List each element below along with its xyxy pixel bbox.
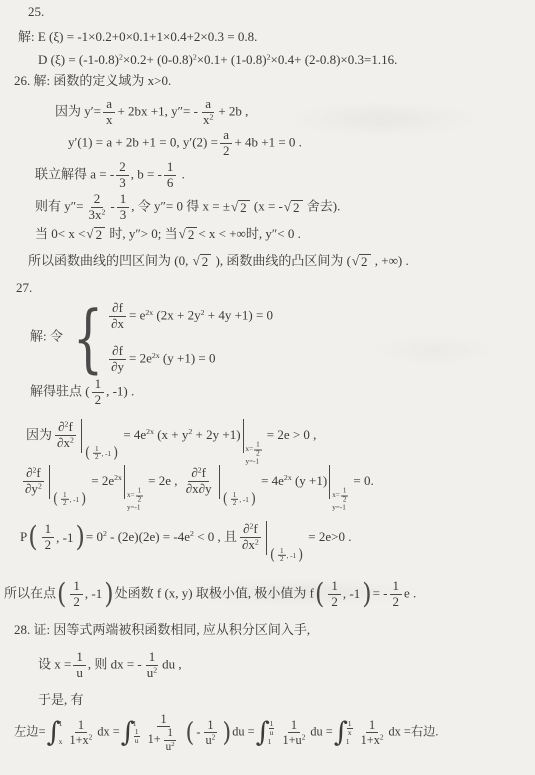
p26-concavity-conclusion-line: 所以函数曲线的凹区间为 (0, √2 ), 函数曲线的凸区间为 (√2 , +∞…: [28, 253, 409, 270]
p26-derivatives-line: 因为 y′=ax+ 2bx +1, y″= -ax2+ 2b ,: [55, 97, 248, 128]
p28-substitution-line: 设 x =1u, 则 dx = -1u2du ,: [38, 650, 182, 681]
p27-fxx-line: 因为∂2f∂x2(12, -1)= 4e2x (x + y2 + 2y +1)x…: [26, 419, 316, 453]
p28-integral-chain-line: 左边=∫1x11+x2dx =∫11u11+1u2(-1u2)du =∫1u11…: [14, 712, 439, 754]
scan-page: 25. 解: E (ξ) = -1×0.2+0×0.1+1×0.4+2×0.3 …: [0, 0, 535, 775]
p25-number: 25.: [28, 4, 44, 20]
p26-second-derivative-line: 则有 y″=23x2-13, 令 y″= 0 得 x = ±√2 (x = -√…: [35, 192, 340, 223]
scan-artifact: [290, 95, 520, 155]
p28-heading-proof-line: 28. 证: 因等式两端被积函数相同, 应从积分区间入手,: [14, 622, 310, 638]
p25-variance-line: D (ξ) = (-1-0.8)2×0.2+ (0-0.8)2×0.1+ (1-…: [38, 52, 397, 68]
p25-expectation-line: 解: E (ξ) = -1×0.2+0×0.1+1×0.4+2×0.3 = 0.…: [18, 29, 257, 45]
p27-discriminant-line: P(12, -1)= 02 - (2e)(2e) = -4e2 < 0 , 且∂…: [20, 521, 351, 555]
p26-heading-domain-line: 26. 解: 函数的定义域为 x>0.: [14, 73, 171, 89]
p27-equations-system: 解: 令{∂f∂x= e2x (2x + 2y2 + 4y +1) = 0∂f∂…: [30, 301, 273, 374]
p27-fyy-fxy-line: ∂2f∂y2(12, -1)= 2e2xx=12y=-1= 2e , ∂2f∂x…: [20, 465, 374, 499]
p28-then-line: 于是, 有: [38, 692, 84, 708]
scan-artifact: [360, 330, 510, 370]
p27-stationary-point-line: 解得驻点 (12, -1) .: [30, 377, 134, 408]
p26-boundary-conditions-line: y′(1) = a + 2b +1 = 0, y′(2) =a2+ 4b +1 …: [68, 128, 302, 159]
p27-number: 27.: [16, 280, 32, 296]
p27-conclusion-line: 所以在点(12, -1)处函数 f (x, y) 取极小值, 极小值为 f(12…: [4, 579, 416, 610]
p26-solve-ab-line: 联立解得 a = -23, b = -16 .: [35, 160, 185, 191]
p26-sign-analysis-line: 当 0< x <√2 时, y″> 0; 当√2< x < +∞时, y″< 0…: [35, 226, 301, 243]
